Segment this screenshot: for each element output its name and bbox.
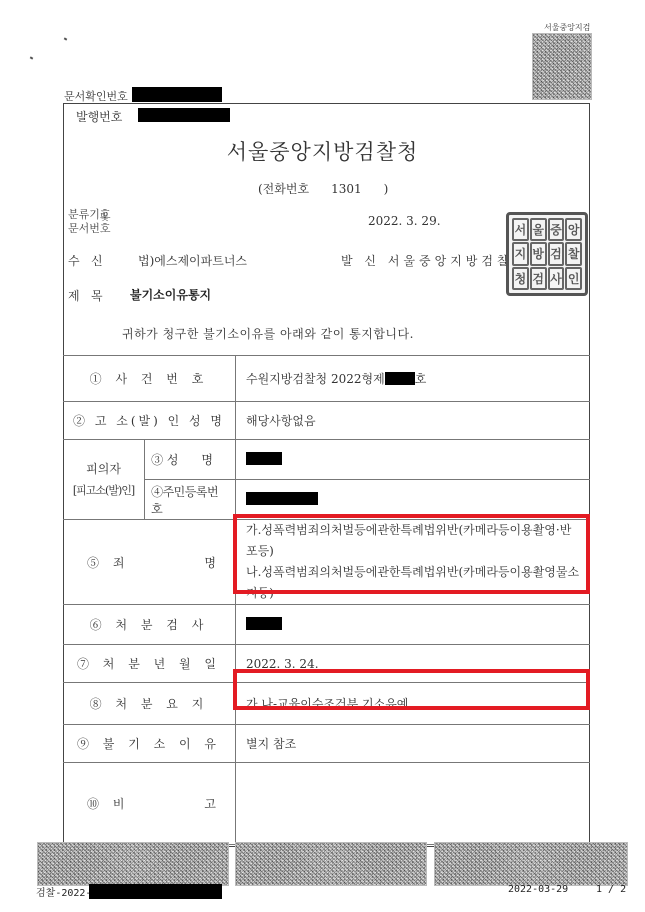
document-check-label: 문서확인번호: [64, 88, 128, 104]
details-table: ① 사 건 번 호 수원지방검찰청 2022형제호 ② 고 소(발) 인 성 명…: [63, 355, 590, 845]
table-row: ② 고 소(발) 인 성 명 해당사항없음: [63, 402, 590, 440]
charges-label-end: 명: [204, 554, 221, 571]
table-row: 피의자 [피고소(발)인] ③ 성 명: [63, 440, 590, 480]
table-row: ⑨ 불 기 소 이 유 별지 참조: [63, 725, 590, 763]
seal-char: 사: [548, 267, 565, 290]
sender-line: 발 신 서울중앙지방검찰청: [341, 252, 528, 269]
disposition-summary-label: ⑧ 처 분 요 지: [63, 683, 236, 725]
prosecutor: [236, 605, 591, 645]
redacted-issue-number: [138, 108, 230, 122]
scan-mark: [30, 56, 34, 59]
suspect-group-label: 피의자 [피고소(발)인]: [63, 440, 145, 520]
redacted-footer-doc-code: [89, 884, 222, 899]
case-number-label: ① 사 건 번 호: [63, 356, 236, 402]
table-row: ⑥ 처 분 검 사: [63, 605, 590, 645]
table-row: ⑩ 비 고: [63, 763, 590, 845]
case-number: 수원지방검찰청 2022형제호: [236, 356, 591, 402]
footer-barcode-1: [37, 842, 229, 886]
redacted-prosecutor: [246, 617, 282, 630]
phone-label: (전화번호: [258, 182, 309, 196]
complainant: 해당사항없음: [236, 402, 591, 440]
suspect-name-label: ③ 성 명: [145, 440, 236, 480]
official-seal: 서 울 중 앙 지 방 검 찰 청 검 사 인: [506, 212, 588, 296]
qr-barcode: [532, 33, 592, 100]
seal-char: 찰: [565, 242, 582, 265]
complainant-label: ② 고 소(발) 인 성 명: [63, 402, 236, 440]
suspect-id-label: ④주민등록번호: [145, 480, 236, 520]
remarks-label-end: 고: [204, 795, 221, 812]
classification-label-line2: 문서번호: [68, 220, 111, 236]
remarks-label: ⑩ 비 고: [63, 763, 236, 845]
recipient-label: 수 신: [68, 252, 103, 269]
seal-char: 방: [530, 242, 547, 265]
charges-highlight-box: [233, 514, 590, 594]
seal-char: 검: [530, 267, 547, 290]
recipient: 법)에스제이파트너스: [138, 252, 247, 269]
footer-barcode-3: [434, 842, 628, 886]
barcode-caption: 서울중앙지검: [544, 22, 590, 33]
notice-text: 귀하가 청구한 불기소이유를 아래와 같이 통지합니다.: [122, 325, 414, 342]
redacted-suspect-id: [246, 492, 318, 505]
issue-number-label: 발행번호: [76, 108, 122, 125]
seal-char: 지: [512, 242, 529, 265]
suspect-name: [236, 440, 591, 480]
footer-page-number: 1 / 2: [596, 884, 626, 895]
suspect-group-label-2: [피고소(발)인]: [67, 480, 140, 502]
disposition-summary-highlight-box: [233, 669, 590, 710]
remarks-label-num: ⑩ 비: [87, 795, 129, 812]
seal-char: 울: [530, 218, 547, 241]
subject-label: 제 목: [68, 287, 103, 304]
document-date: 2022. 3. 29.: [368, 214, 441, 228]
seal-char: 인: [565, 267, 582, 290]
footer-doc-code-prefix: 검찰-2022-: [36, 884, 91, 899]
case-number-prefix: 수원지방검찰청 2022형제: [246, 372, 385, 386]
seal-char: 서: [512, 218, 529, 241]
non-prosecution-reason-label: ⑨ 불 기 소 이 유: [63, 725, 236, 763]
remarks: [236, 763, 591, 845]
redacted-suspect-name: [246, 452, 282, 465]
sender-label: 발 신: [341, 254, 380, 268]
phone-line: (전화번호1301): [258, 180, 388, 197]
phone-number: 1301: [331, 182, 362, 196]
seal-char: 중: [548, 218, 565, 241]
seal-char: 검: [548, 242, 565, 265]
seal-char: 청: [512, 267, 529, 290]
table-row: ① 사 건 번 호 수원지방검찰청 2022형제호: [63, 356, 590, 402]
case-number-suffix: 호: [415, 372, 427, 386]
seal-char: 앙: [565, 218, 582, 241]
charges-label: ⑤ 죄 명: [63, 520, 236, 605]
prosecutor-label: ⑥ 처 분 검 사: [63, 605, 236, 645]
organization-title: 서울중앙지방검찰청: [0, 136, 645, 166]
phone-close: ): [384, 182, 389, 196]
redacted-case-number: [385, 372, 415, 385]
scan-mark: [64, 37, 68, 40]
footer-barcode-2: [235, 842, 427, 886]
redacted-document-check-number: [132, 87, 222, 102]
footer-date: 2022-03-29: [508, 884, 568, 895]
non-prosecution-reason: 별지 참조: [236, 725, 591, 763]
charges-label-num: ⑤ 죄: [87, 554, 129, 571]
suspect-group-label-1: 피의자: [67, 458, 140, 480]
subject: 불기소이유통지: [130, 286, 211, 303]
disposition-date-label: ⑦ 처 분 년 월 일: [63, 645, 236, 683]
